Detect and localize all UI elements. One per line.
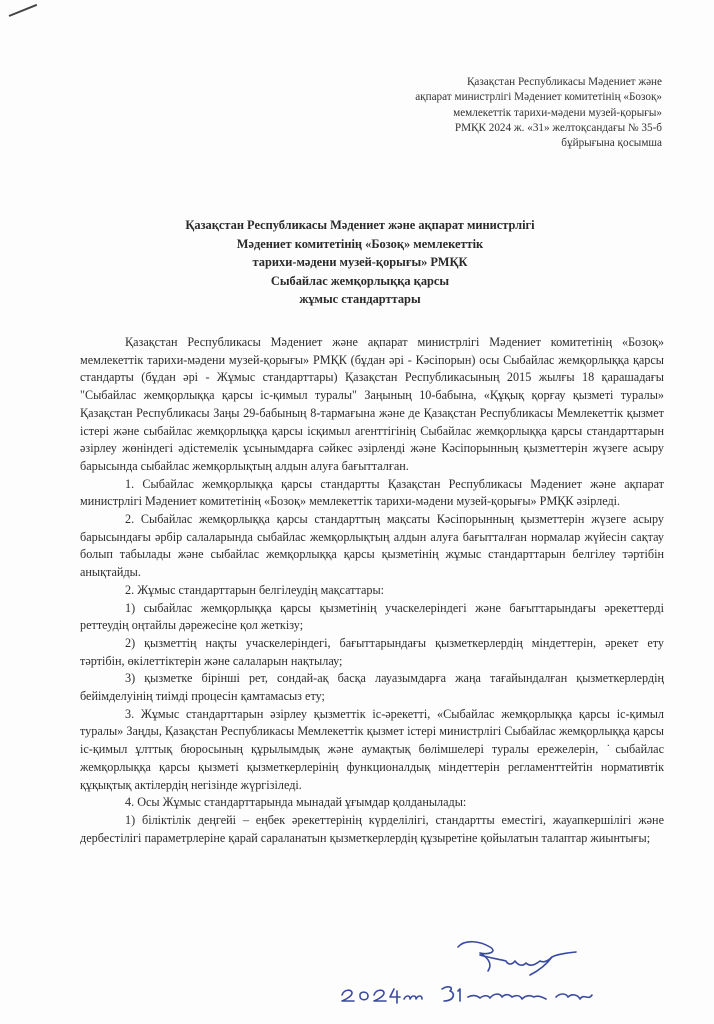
signature-icon <box>330 925 710 1015</box>
title-line: тарихи-мәдени музей-қорығы» РМҚК <box>90 253 630 272</box>
document-title: Қазақстан Республикасы Мәдениет және ақп… <box>90 216 630 309</box>
document-page: Қазақстан Республикасы Мәдениет және ақп… <box>0 0 714 1024</box>
paragraph-2: 2. Сыбайлас жемқорлыққа қарсы стандартты… <box>80 511 664 582</box>
goal-item-3: 3) қызметке бірінші рет, сондай-ақ басқа… <box>80 670 664 705</box>
signature <box>330 925 710 1015</box>
paragraph-3: 3. Жұмыс стандарттарын әзірлеу қызметтік… <box>80 706 664 795</box>
definition-item-1: 1) біліктілік деңгейі – еңбек әрекеттері… <box>80 812 664 847</box>
approval-line: ақпарат министрлігі Мәдениет комитетінің… <box>302 90 662 105</box>
intro-paragraph: Қазақстан Республикасы Мәдениет және ақп… <box>80 334 664 476</box>
paragraph-4: 4. Осы Жұмыс стандарттарында мынадай ұғы… <box>80 794 664 812</box>
goal-item-2: 2) қызметтің нақты учаскелеріндегі, бағы… <box>80 635 664 670</box>
document-body: Қазақстан Республикасы Мәдениет және ақп… <box>80 334 664 847</box>
approval-line: мемлекеттік тарихи-мәдени музей-қорығы» <box>302 106 662 121</box>
approval-line: РМҚК 2024 ж. «31» желтоқсандағы № 35-б <box>302 121 662 136</box>
title-line: Сыбайлас жемқорлыққа қарсы <box>90 272 630 291</box>
title-line: жұмыс стандарттары <box>90 290 630 309</box>
paragraph-2-goals: 2. Жұмыс стандарттарын белгілеудің мақса… <box>80 582 664 600</box>
approval-block: Қазақстан Республикасы Мәдениет және ақп… <box>302 75 662 151</box>
approval-line: Қазақстан Республикасы Мәдениет және <box>302 75 662 90</box>
pen-mark <box>9 4 38 17</box>
goal-item-1: 1) сыбайлас жемқорлыққа қарсы қызметінің… <box>80 600 664 635</box>
title-line: Мәдениет комитетінің «Бозоқ» мемлекеттік <box>90 235 630 254</box>
title-line: Қазақстан Республикасы Мәдениет және ақп… <box>90 216 630 235</box>
approval-line: бұйрығына қосымша <box>302 136 662 151</box>
paragraph-1: 1. Сыбайлас жемқорлыққа қарсы стандартты… <box>80 476 664 511</box>
